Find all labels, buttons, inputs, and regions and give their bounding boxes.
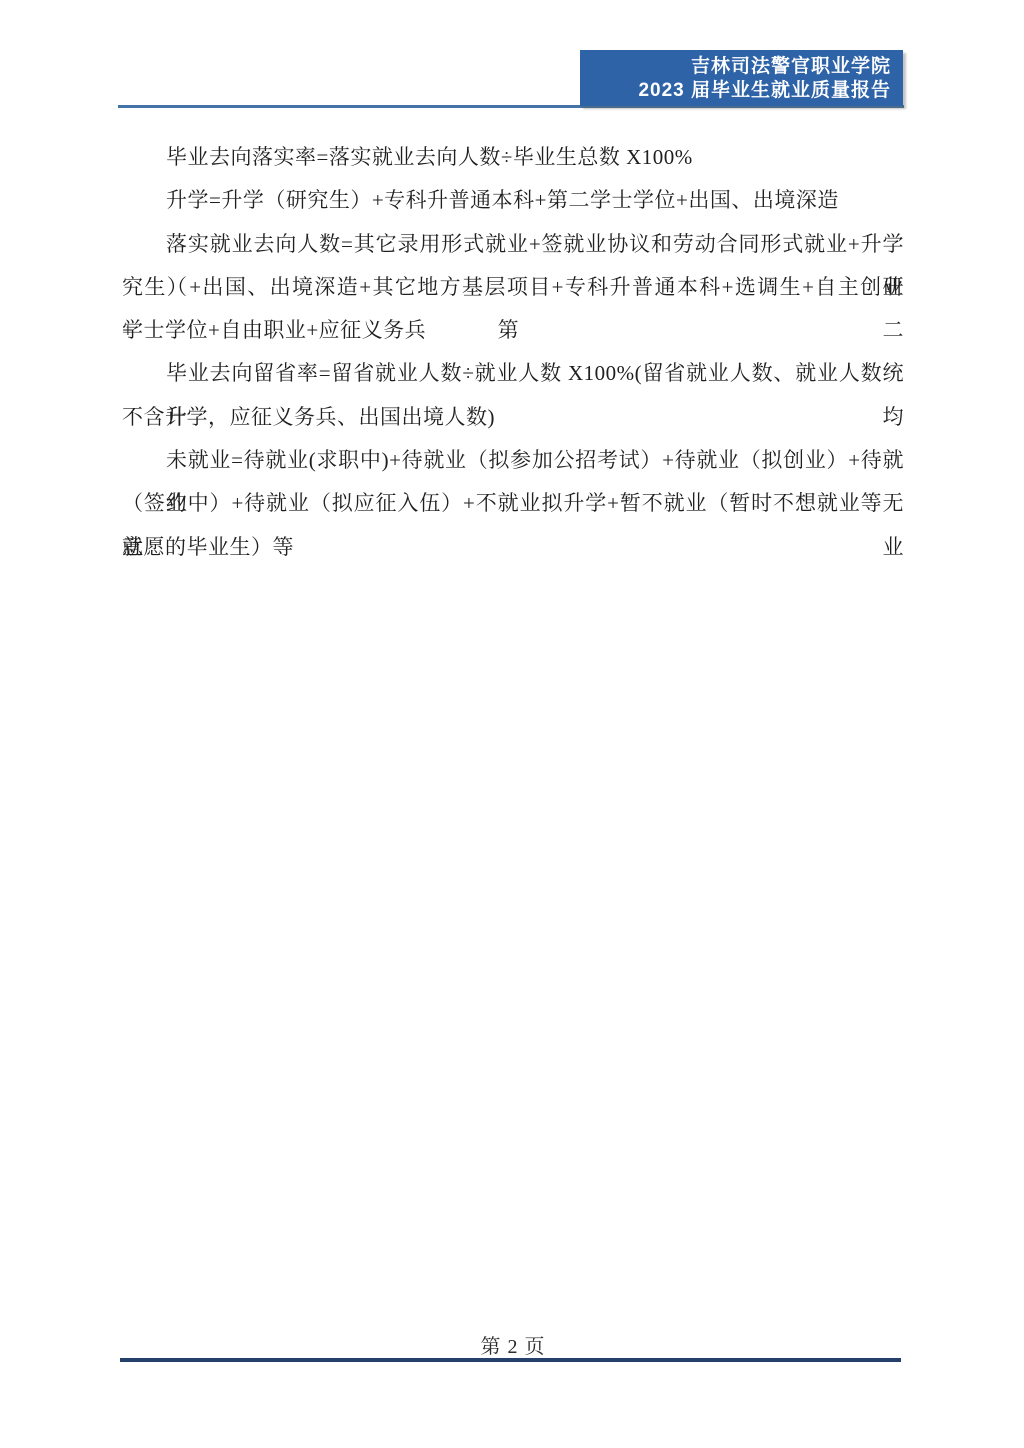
body-line-1: 毕业去向落实率=落实就业去向人数÷毕业生总数 X100% [122, 136, 904, 179]
page-number: 第 2 页 [122, 1330, 904, 1359]
footer-rule [120, 1358, 901, 1362]
body-line-8: 未就业=待就业(求职中)+待就业（拟参加公招考试）+待就业（拟创业）+待就业 [122, 439, 904, 482]
body-line-2: 升学=升学（研究生）+专科升普通本科+第二学士学位+出国、出境深造 [122, 179, 904, 222]
document-body: 毕业去向落实率=落实就业去向人数÷毕业生总数 X100%升学=升学（研究生）+专… [122, 136, 904, 569]
header-title-line1: 吉林司法警官职业学院 [580, 55, 891, 79]
header-title-box: 吉林司法警官职业学院 2023 届毕业生就业质量报告 [580, 50, 903, 106]
body-line-4: 究生）+出国、出境深造+其它地方基层项目+专科升普通本科+选调生+自主创业+第二 [122, 266, 904, 309]
body-line-3: 落实就业去向人数=其它录用形式就业+签就业协议和劳动合同形式就业+升学（研 [122, 223, 904, 266]
header-title-line2: 2023 届毕业生就业质量报告 [580, 79, 891, 103]
body-line-6: 毕业去向留省率=留省就业人数÷就业人数 X100%(留省就业人数、就业人数统计均 [122, 352, 904, 395]
document-page: 吉林司法警官职业学院 2023 届毕业生就业质量报告 毕业去向落实率=落实就业去… [0, 0, 1024, 1448]
body-line-9: （签约中）+待就业（拟应征入伍）+不就业拟升学+暂不就业（暂时不想就业等无就业 [122, 482, 904, 525]
